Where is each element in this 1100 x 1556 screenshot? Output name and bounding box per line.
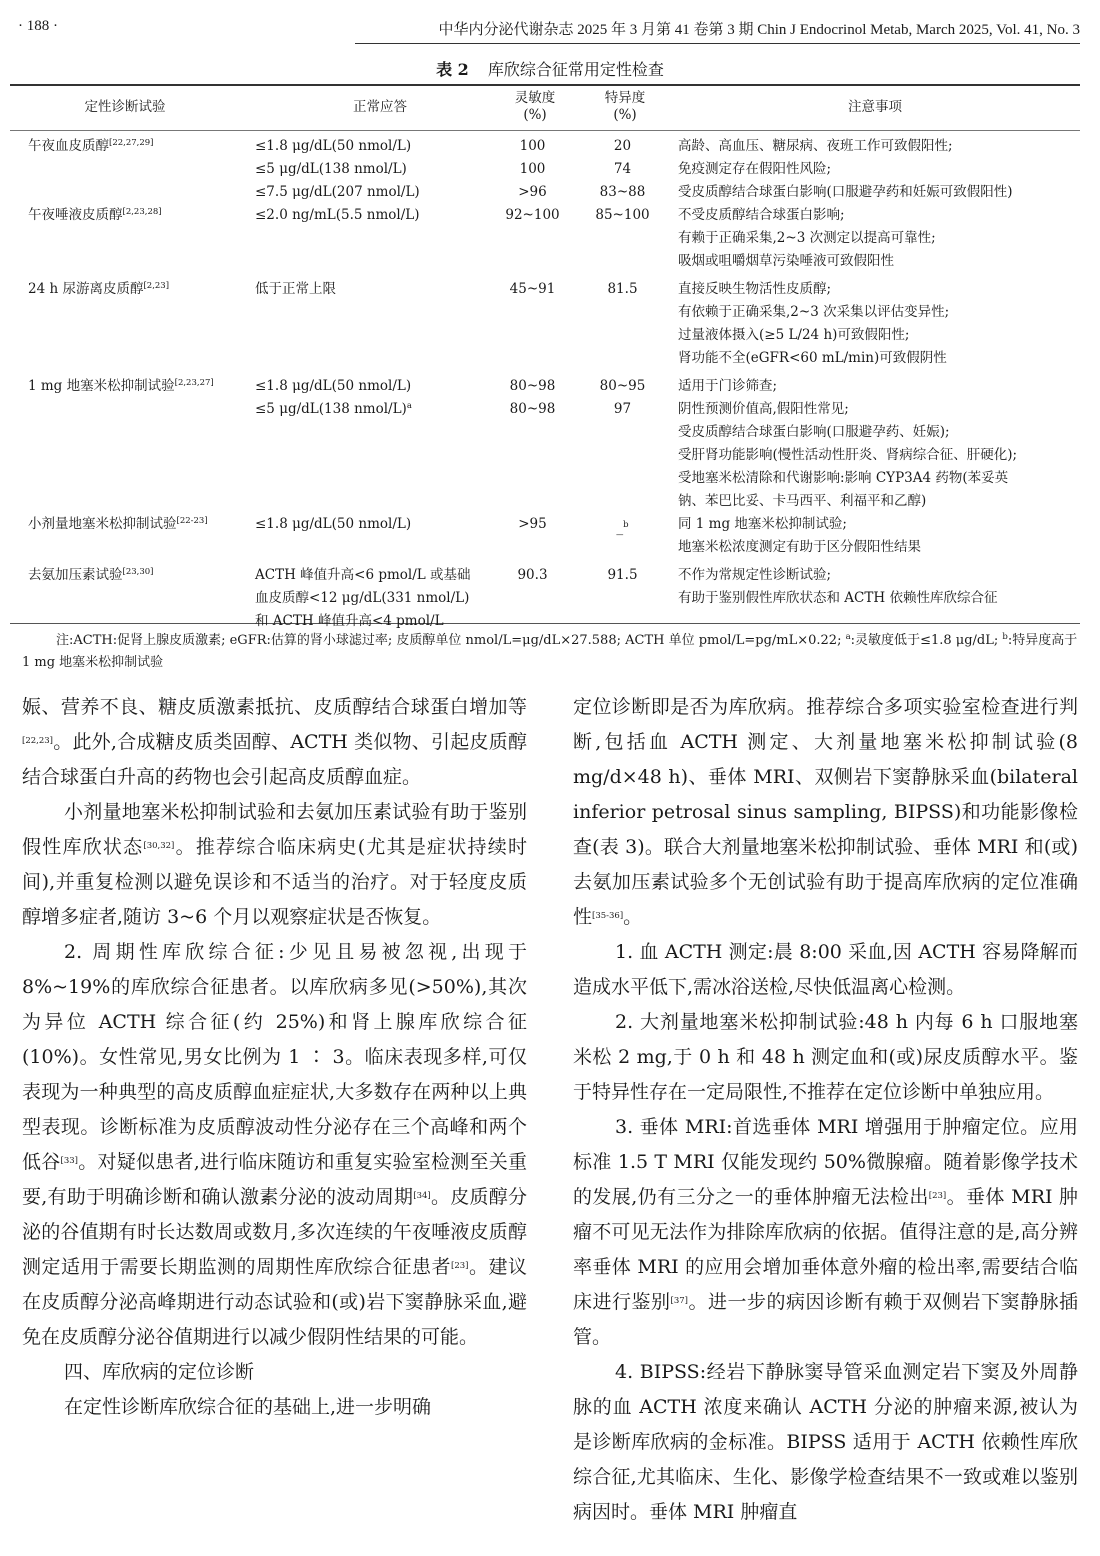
citation: [33] (61, 1156, 78, 1166)
specificity-value: 97 (614, 401, 631, 417)
cell-sensitivity: 100 (495, 158, 570, 180)
cell-sensitivity: 80~98 (495, 398, 570, 420)
body-left-column: 娠、营养不良、糖皮质激素抵抗、皮质醇结合球蛋白增加等[22,23]。此外,合成糖… (22, 690, 527, 1425)
table-body: 午夜血皮质醇[22,27,29]≤1.8 μg/dL(50 nmol/L)100… (10, 131, 1080, 623)
cell-test: 24 h 尿游离皮质醇[2,23] (28, 278, 169, 300)
citation: [2,23] (143, 281, 169, 291)
journal-citation: 中华内分泌代谢杂志 2025 年 3 月第 41 卷第 3 期 Chin J E… (355, 18, 1080, 44)
cell-notes: 有助于鉴别假性库欣状态和 ACTH 依赖性库欣综合征 (678, 587, 997, 609)
citation: [22,27,29] (109, 138, 153, 148)
cell-normal-response: 和 ACTH 峰值升高<4 pmol/L (255, 610, 444, 632)
cell-notes: 吸烟或咀嚼烟草污染唾液可致假阳性 (678, 250, 894, 272)
cell-notes: 过量液体摄入(≥5 L/24 h)可致假阳性; (678, 324, 909, 346)
cell-sensitivity: >96 (495, 181, 570, 203)
table-caption: 表 2 库欣综合征常用定性检查 (0, 57, 1100, 80)
header-sensitivity-unit: (%) (500, 107, 570, 124)
normal-response: ≤1.8 μg/dL(50 nmol/L) (255, 138, 411, 154)
qualitative-tests-table: 定性诊断试验 正常应答 灵敏度 (%) 特异度 (%) 注意事项 午夜血皮质醇[… (10, 84, 1080, 624)
cell-normal-response: ≤7.5 μg/dL(207 nmol/L) (255, 181, 420, 203)
normal-response: ≤1.8 μg/dL(50 nmol/L) (255, 516, 411, 532)
normal-response: ≤1.8 μg/dL(50 nmol/L) (255, 378, 411, 394)
cell-notes: 受皮质醇结合球蛋白影响(口服避孕药和妊娠可致假阳性) (678, 181, 1013, 203)
cell-specificity: 97 (585, 398, 660, 420)
normal-response: ≤7.5 μg/dL(207 nmol/L) (255, 184, 420, 200)
header-specificity-unit: (%) (590, 107, 660, 124)
paragraph-hddst: 2. 大剂量地塞米松抑制试验:48 h 内每 6 h 口服地塞米松 2 mg,于… (573, 1005, 1078, 1110)
table-title: 库欣综合征常用定性检查 (488, 60, 664, 79)
specificity-value: 80~95 (600, 378, 646, 394)
text: 2. 周期性库欣综合征:少见且易被忽视,出现于 8%~19%的库欣综合征患者。以… (22, 941, 527, 1173)
cell-test: 午夜血皮质醇[22,27,29] (28, 135, 153, 157)
cell-specificity: _b (585, 517, 660, 539)
table-number: 表 2 (436, 60, 469, 79)
citation: [23] (451, 1261, 468, 1271)
header-sensitivity-label: 灵敏度 (500, 90, 570, 107)
cell-notes: 受肝肾功能影响(慢性活动性肝炎、肾病综合征、肝硬化); (678, 444, 1017, 466)
running-head: · 188 · 中华内分泌代谢杂志 2025 年 3 月第 41 卷第 3 期 … (0, 0, 1100, 40)
cell-notes: 适用于门诊筛查; (678, 375, 777, 397)
citation: [37] (671, 1296, 688, 1306)
cell-notes: 受皮质醇结合球蛋白影响(口服避孕药、妊娠); (678, 421, 950, 443)
cell-normal-response: ≤1.8 μg/dL(50 nmol/L) (255, 135, 411, 157)
cell-sensitivity: 90.3 (495, 564, 570, 586)
text: 。此外,合成糖皮质类固醇、ACTH 类似物、引起皮质醇结合球蛋白升高的药物也会引… (22, 731, 527, 788)
table-footnote: 注:ACTH:促肾上腺皮质激素; eGFR:估算的肾小球滤过率; 皮质醇单位 n… (22, 630, 1080, 674)
cell-normal-response: ≤5 μg/dL(138 nmol/L) (255, 158, 407, 180)
test-name: 1 mg 地塞米松抑制试验 (28, 378, 175, 394)
cell-notes: 受地塞米松清除和代谢影响:影响 CYP3A4 药物(苯妥英 (678, 467, 1008, 489)
text: 定位诊断即是否为库欣病。推荐综合多项实验室检查进行判断,包括血 ACTH 测定、… (573, 696, 1078, 928)
cell-sensitivity: >95 (495, 513, 570, 535)
cell-test: 去氨加压素试验[23,30] (28, 564, 153, 586)
citation: [35-36] (592, 911, 623, 921)
normal-response: ≤5 μg/dL(138 nmol/L) (255, 401, 407, 417)
paragraph: 小剂量地塞米松抑制试验和去氨加压素试验有助于鉴别假性库欣状态[30,32]。推荐… (22, 795, 527, 935)
citation: [22,23] (22, 736, 53, 746)
specificity-value: 20 (614, 138, 631, 154)
footnote-a-continued: 于≤1.8 μg/dL; (907, 633, 1002, 648)
paragraph: 娠、营养不良、糖皮质激素抵抗、皮质醇结合球蛋白增加等[22,23]。此外,合成糖… (22, 690, 527, 795)
paragraph-bipss: 4. BIPSS:经岩下静脉窦导管采血测定岩下窦及外周静脉的血 ACTH 浓度来… (573, 1355, 1078, 1530)
test-name: 去氨加压素试验 (28, 567, 123, 583)
cell-specificity: 91.5 (585, 564, 660, 586)
cell-sensitivity: 100 (495, 135, 570, 157)
cell-notes: 不作为常规定性诊断试验; (678, 564, 831, 586)
cell-notes: 有赖于正确采集,2~3 次测定以提高可靠性; (678, 227, 936, 249)
cell-normal-response: ACTH 峰值升高<6 pmol/L 或基础 (255, 564, 471, 586)
citation: [22-23] (177, 516, 208, 526)
cell-test: 午夜唾液皮质醇[2,23,28] (28, 204, 162, 226)
test-name: 午夜血皮质醇 (28, 138, 109, 154)
normal-response: 血皮质醇<12 μg/dL(331 nmol/L) (255, 590, 469, 606)
footnote-a-text: :灵敏度低 (851, 633, 907, 648)
paragraph: 在定性诊断库欣综合征的基础上,进一步明确 (22, 1390, 527, 1425)
section-heading: 四、库欣病的定位诊断 (22, 1355, 527, 1390)
specificity-value: 83~88 (600, 184, 646, 200)
paragraph-acth: 1. 血 ACTH 测定:晨 8:00 采血,因 ACTH 容易降解而造成水平低… (573, 935, 1078, 1005)
cell-notes: 不受皮质醇结合球蛋白影响; (678, 204, 845, 226)
normal-response: ≤5 μg/dL(138 nmol/L) (255, 161, 407, 177)
text: 。 (623, 906, 642, 928)
normal-response: ACTH 峰值升高<6 pmol/L 或基础 (255, 567, 471, 583)
header-notes: 注意事项 (675, 99, 1075, 116)
footnote-abbreviations: 注:ACTH:促肾上腺皮质激素; eGFR:估算的肾小球滤过率; 皮质醇单位 n… (56, 633, 846, 648)
cell-sensitivity: 80~98 (495, 375, 570, 397)
cell-sensitivity: 45~91 (495, 278, 570, 300)
specificity-value: 85~100 (595, 207, 649, 223)
cell-notes: 有依赖于正确采集,2~3 次采集以评估变异性; (678, 301, 949, 323)
citation: [30,32] (143, 841, 174, 851)
cell-specificity: 20 (585, 135, 660, 157)
citation: [23] (929, 1191, 946, 1201)
cell-sensitivity: 92~100 (495, 204, 570, 226)
cell-notes: 高龄、高血压、糖尿病、夜班工作可致假阳性; (678, 135, 953, 157)
test-name: 小剂量地塞米松抑制试验 (28, 516, 177, 532)
specificity-value: 74 (614, 161, 631, 177)
normal-response: 和 ACTH 峰值升高<4 pmol/L (255, 613, 444, 629)
page-number: · 188 · (18, 18, 58, 35)
cell-test: 小剂量地塞米松抑制试验[22-23] (28, 513, 208, 535)
cell-specificity: 81.5 (585, 278, 660, 300)
cell-specificity: 74 (585, 158, 660, 180)
cell-specificity: 85~100 (585, 204, 660, 226)
cell-normal-response: ≤5 μg/dL(138 nmol/L)a (255, 398, 412, 420)
cell-notes: 免疫测定存在假阳性风险; (678, 158, 831, 180)
paragraph: 定位诊断即是否为库欣病。推荐综合多项实验室检查进行判断,包括血 ACTH 测定、… (573, 690, 1078, 935)
test-name: 24 h 尿游离皮质醇 (28, 281, 143, 297)
cell-notes: 地塞米松浓度测定有助于区分假阳性结果 (678, 536, 921, 558)
text: 娠、营养不良、糖皮质激素抵抗、皮质醇结合球蛋白增加等 (22, 696, 527, 718)
test-name: 午夜唾液皮质醇 (28, 207, 123, 223)
cell-normal-response: ≤1.8 μg/dL(50 nmol/L) (255, 513, 411, 535)
citation: [23,30] (123, 567, 154, 577)
header-specificity-label: 特异度 (590, 90, 660, 107)
body-right-column: 定位诊断即是否为库欣病。推荐综合多项实验室检查进行判断,包括血 ACTH 测定、… (573, 690, 1078, 1530)
normal-response: ≤2.0 ng/mL(5.5 nmol/L) (255, 207, 419, 223)
paragraph-cyclic-cushing: 2. 周期性库欣综合征:少见且易被忽视,出现于 8%~19%的库欣综合征患者。以… (22, 935, 527, 1355)
header-normal-response: 正常应答 (260, 99, 500, 116)
table-header: 定性诊断试验 正常应答 灵敏度 (%) 特异度 (%) 注意事项 (10, 86, 1080, 131)
footnote-mark: b (623, 520, 628, 530)
cell-notes: 钠、苯巴比妥、卡马西平、利福平和乙醇) (678, 490, 926, 512)
cell-normal-response: 低于正常上限 (255, 278, 336, 300)
cell-notes: 肾功能不全(eGFR<60 mL/min)可致假阴性 (678, 347, 947, 369)
cell-notes: 直接反映生物活性皮质醇; (678, 278, 831, 300)
cell-normal-response: 血皮质醇<12 μg/dL(331 nmol/L) (255, 587, 469, 609)
header-specificity: 特异度 (%) (590, 90, 660, 124)
specificity-value: 91.5 (607, 567, 637, 583)
citation: [34] (413, 1191, 430, 1201)
citation: [2,23,27] (175, 378, 214, 388)
cell-notes: 阴性预测价值高,假阳性常见; (678, 398, 849, 420)
cell-normal-response: ≤2.0 ng/mL(5.5 nmol/L) (255, 204, 419, 226)
footnote-mark: a (407, 401, 412, 411)
paragraph-mri: 3. 垂体 MRI:首选垂体 MRI 增强用于肿瘤定位。应用标准 1.5 T M… (573, 1110, 1078, 1355)
header-sensitivity: 灵敏度 (%) (500, 90, 570, 124)
cell-normal-response: ≤1.8 μg/dL(50 nmol/L) (255, 375, 411, 397)
header-test: 定性诊断试验 (30, 99, 220, 116)
cell-notes: 同 1 mg 地塞米松抑制试验; (678, 513, 847, 535)
specificity-value: 81.5 (607, 281, 637, 297)
cell-specificity: 83~88 (585, 181, 660, 203)
cell-specificity: 80~95 (585, 375, 660, 397)
normal-response: 低于正常上限 (255, 281, 336, 297)
cell-test: 1 mg 地塞米松抑制试验[2,23,27] (28, 375, 214, 397)
citation: [2,23,28] (123, 207, 162, 217)
